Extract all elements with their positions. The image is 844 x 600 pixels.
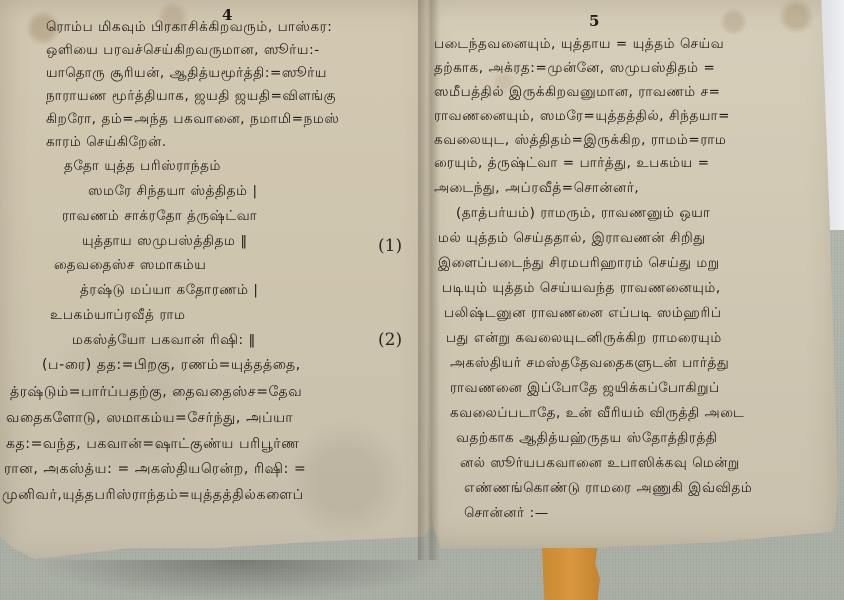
text-line: இளைப்படைந்து சிரமபரிஹாரம் செய்து மறு [438, 257, 720, 271]
text-line: படியும் யுத்தம் செய்யவந்த ராவணனையும், [442, 282, 721, 296]
gloss-line: வதைகளோடு, ஸமாகம்ய=சேர்ந்து, அப்யா [6, 411, 293, 425]
text-line: தற்காக, அக்ரத:=முன்னே, ஸமுபஸ்திதம் = [434, 62, 715, 76]
page-number: 5 [589, 12, 599, 30]
page-shadow [30, 560, 450, 600]
gloss-line: (ப-ரை) தத:=பிறகு, ரணம்=யுத்தத்தை, [42, 358, 301, 372]
bookmark-ribbon [542, 548, 600, 600]
text-line: ஒளியை பரவச்செய்கிறவருமான, ஸூர்ய:- [46, 44, 320, 58]
text-line: மல் யுத்தம் செய்ததால், இராவணன் சிறிது [438, 232, 706, 246]
text-line: ஸமீபத்தில் இருக்கிறவனுமான, ராவணம் ச= [434, 86, 721, 100]
verse-line: ராவணம் சாக்ரதோ த்ருஷ்ட்வா [62, 210, 257, 224]
gloss-line: த்ரஷ்டும்=பார்ப்பதற்கு, தைவதைஸ்ச=தேவ [10, 385, 302, 399]
text-line: கவலையுட, ஸ்த்திதம்=இருக்கிற, ராமம்=ராம [434, 134, 726, 148]
text-line: அகஸ்தியர் சமஸ்ததேவதைகளுடன் பார்த்து [450, 357, 729, 371]
verse-line: உபகம்யாப்ரவீத் ராம [50, 309, 186, 323]
text-line: னல் ஸூர்யபகவானை உபாஸிக்கவு மென்று [460, 457, 740, 471]
right-page: 5 படைந்தவனையும், யுத்தாய = யுத்தம் செய்வ… [420, 0, 838, 548]
text-line: பது என்று கவலையுடனிருக்கிற ராமரையும் [446, 332, 722, 346]
text-line: கிறரோ, தம்=அந்த பகவானை, நமாமி=நமஸ் [46, 113, 339, 127]
text-line: நாராயண மூர்த்தியாக, ஜயதி ஜயதி=விளங்கு [46, 90, 336, 104]
verse-number: (2) [378, 330, 402, 350]
text-line: அடைந்து, அப்ரவீத்=சொன்னர், [434, 182, 639, 196]
left-page: 4 ரொம்ப மிகவும் பிரகாசிக்கிறவரும், பாஸ்க… [0, 0, 432, 565]
text-line: ராவணனை இப்போதே ஜயிக்கப்போகிறுப் [450, 382, 720, 396]
text-line: (தாத்பர்யம்) ராமரும், ராவணனும் ஒயா [456, 207, 711, 221]
text-line: சொன்னர் :— [464, 507, 549, 521]
verse-line: த்ரஷ்டு மப்யா கதோரணம் | [80, 284, 259, 298]
text-line: காரம் செய்கிறேன். [46, 136, 167, 150]
verse-line: ததோ யுத்த பரிஸ்ராந்தம் [64, 160, 221, 174]
verse-line: ஸமரே சிந்தயா ஸ்த்திதம் | [88, 185, 258, 199]
text-line: ரையும், த்ருஷ்ட்வா = பார்த்து, உபகம்ய = [434, 157, 710, 171]
verse-line: தைவதைஸ்ச ஸமாகம்ய [54, 259, 206, 273]
text-line: வதற்காக ஆதித்யஹ்ருதய ஸ்தோத்திரத்தி [456, 432, 718, 446]
text-line: ரொம்ப மிகவும் பிரகாசிக்கிறவரும், பாஸ்கர: [46, 21, 332, 35]
gloss-line: கத:=வந்த, பகவான்=ஷாட்குண்ய பரிபூர்ண [6, 437, 300, 451]
text-line: பலிஷ்டனுன ராவணனை எப்படி ஸம்ஹரிப் [444, 307, 722, 321]
text-line: படைந்தவனையும், யுத்தாய = யுத்தம் செய்வ [434, 38, 724, 52]
verse-line: மகஸ்த்யோ பகவான் ரிஷி: ‖ [72, 334, 256, 348]
text-line: ராவணனையும், ஸமரே=யுத்தத்தில், சிந்தயா= [434, 110, 730, 124]
verse-number: (1) [378, 236, 402, 256]
text-line: எண்ணங்கொண்டு ராமரை அணுகி இவ்விதம் [464, 482, 752, 496]
text-line: கவலைப்படாதே, உன் வீரியம் விருத்தி அடை [450, 407, 744, 421]
verse-line: யுத்தாய ஸமுபஸ்த்திதம ‖ [82, 235, 248, 249]
text-line: யாதொரு சூரியன், ஆதித்யமூர்த்தி:=ஸூர்ய [46, 67, 327, 81]
gloss-line: முனிவர்,யுத்தபரிஸ்ராந்தம்=யுத்தத்தில்களை… [2, 488, 304, 502]
gloss-line: ரான, அகஸ்த்ய: = அகஸ்தியரென்ற, ரிஷி: = [4, 462, 306, 476]
